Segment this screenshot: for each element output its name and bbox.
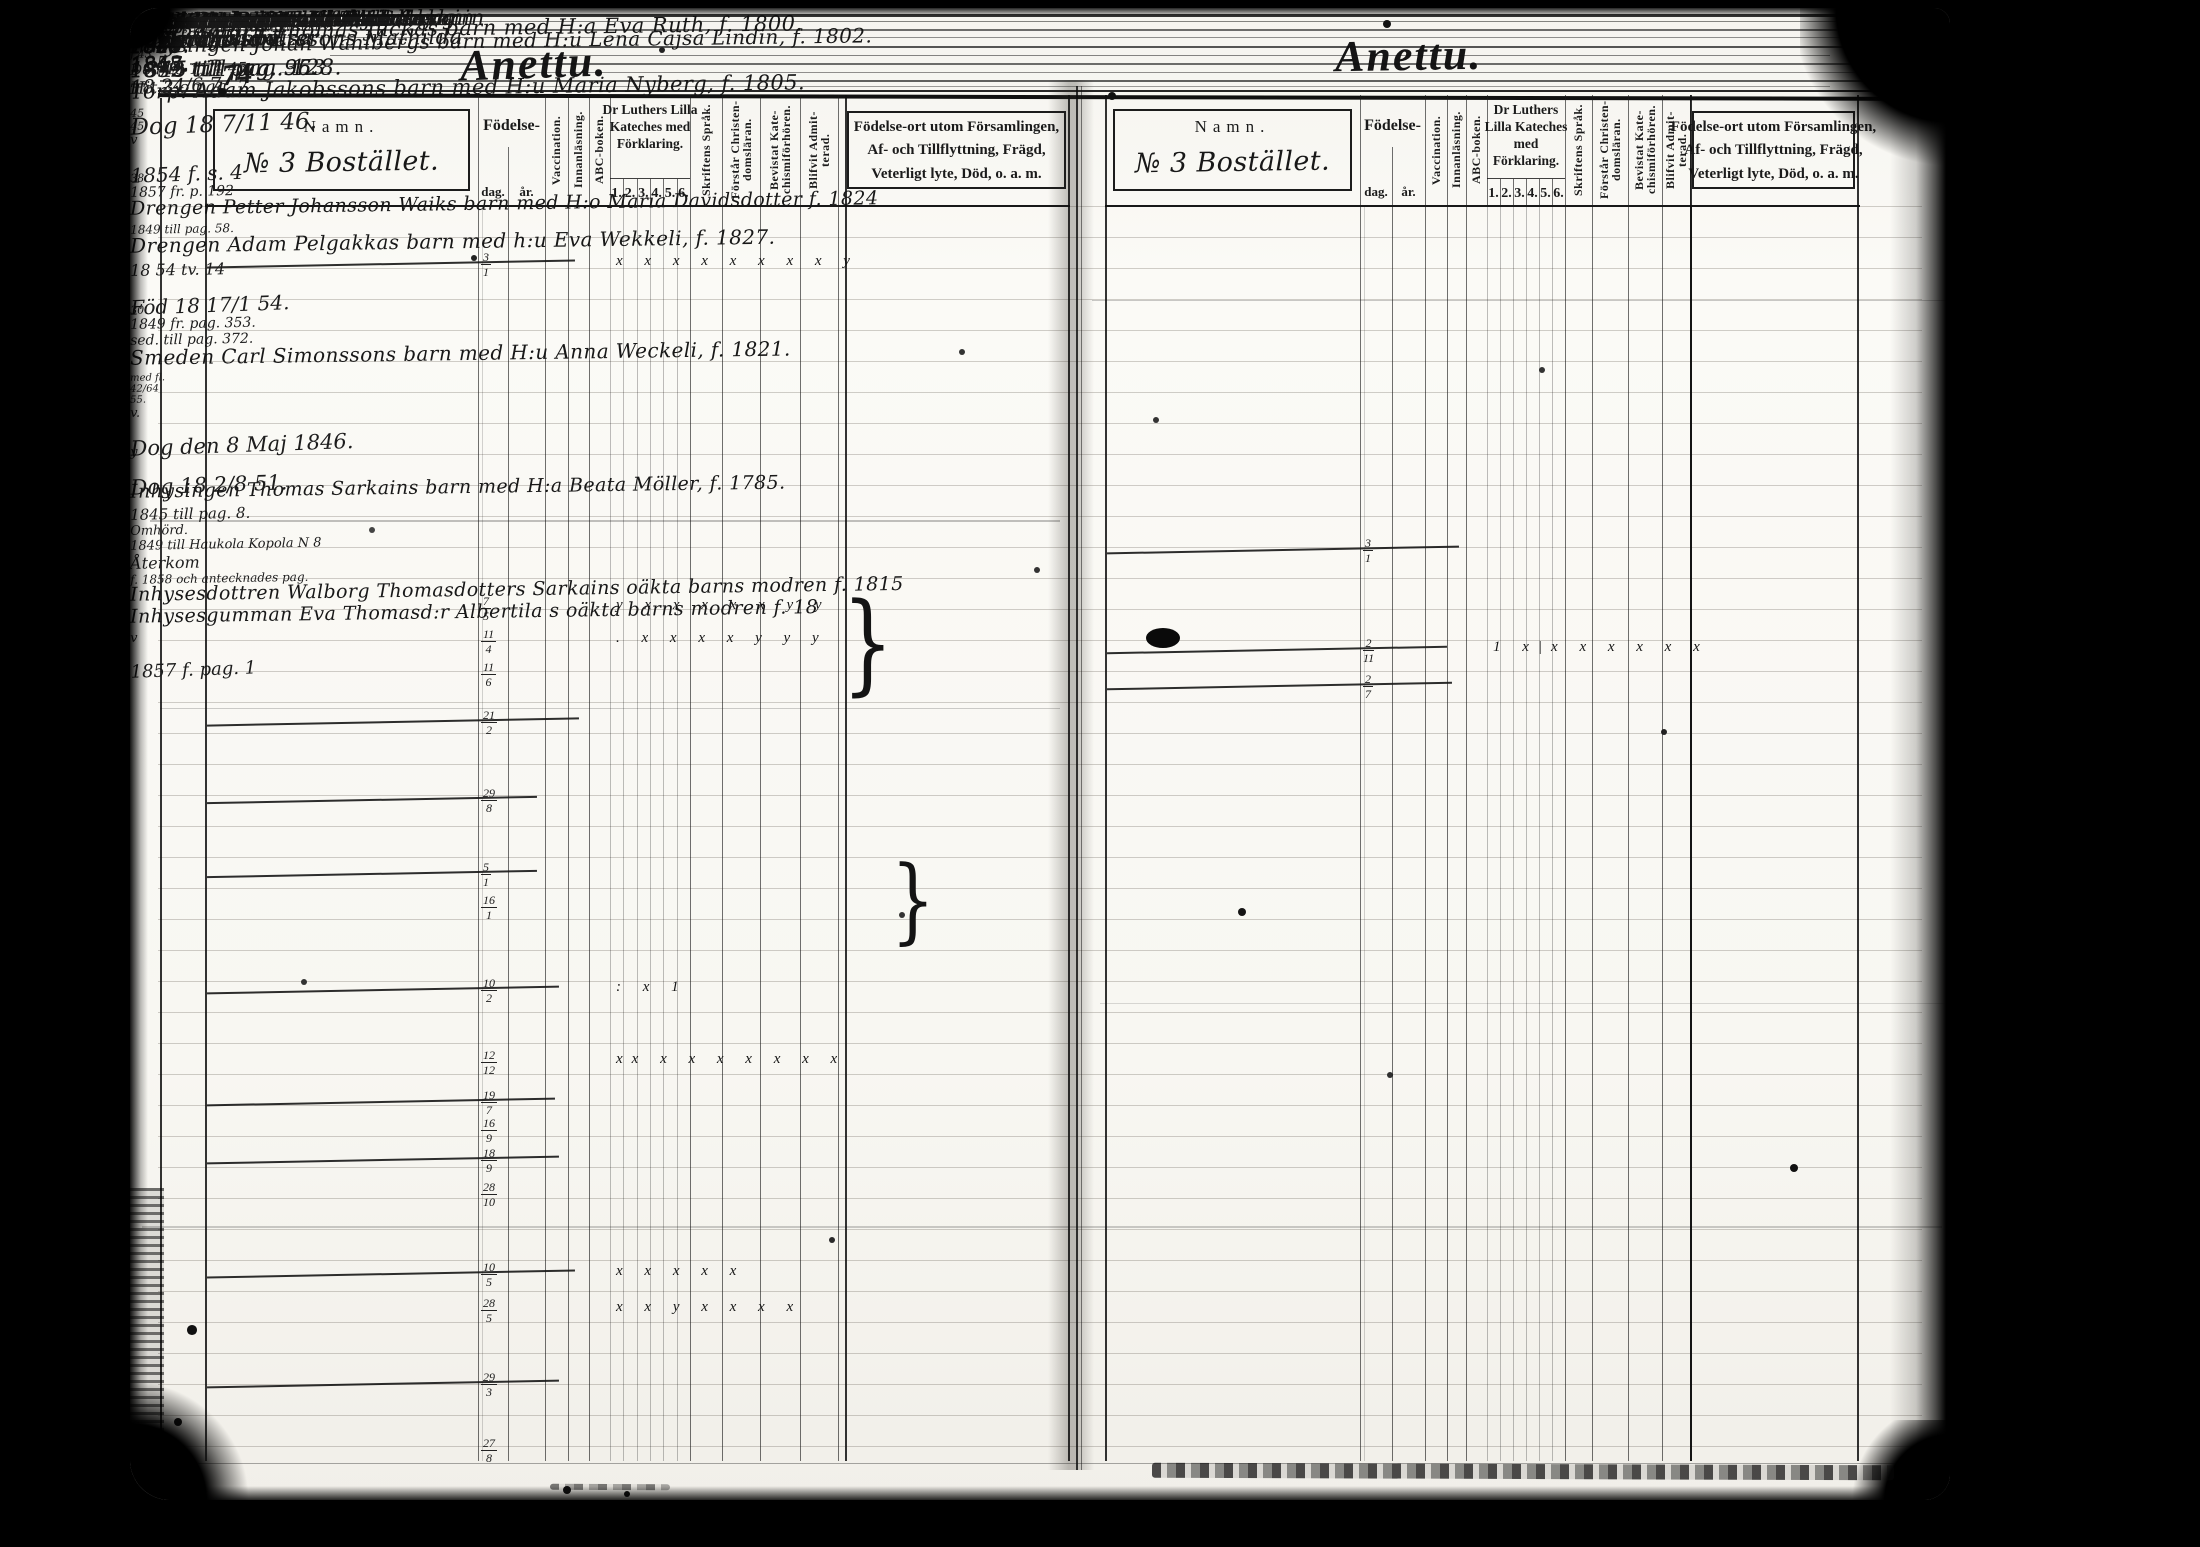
body-column-line-double <box>1364 205 1365 1461</box>
body-column-line <box>1466 205 1467 1461</box>
body-column-line <box>610 205 611 1461</box>
body-column-line <box>623 205 624 1461</box>
body-column-line <box>838 205 839 1461</box>
scan-streak-line <box>1092 300 1950 301</box>
bottom-smudge-small <box>550 1484 670 1490</box>
scan-streak-line <box>200 29 1930 31</box>
body-column-line <box>637 205 638 1461</box>
scan-streak-line <box>330 55 1830 56</box>
body-column-line <box>845 205 847 1461</box>
scan-streak-line <box>1100 1003 1950 1004</box>
scan-streak-line <box>280 72 1880 73</box>
ink-blot <box>1146 628 1180 648</box>
body-column-line <box>1447 205 1448 1461</box>
body-column-line <box>478 205 479 1461</box>
body-column-line <box>1500 205 1501 1461</box>
body-column-line <box>1857 205 1859 1461</box>
scan-streak-line <box>142 1226 1942 1228</box>
body-column-line <box>1513 205 1514 1461</box>
body-column-line <box>1592 205 1593 1461</box>
scan-streak-line <box>250 37 1900 38</box>
strike-through-line <box>1107 682 1452 691</box>
body-column-line <box>690 205 691 1461</box>
body-column-line <box>545 205 546 1461</box>
body-column-line <box>568 205 569 1461</box>
body-column-line <box>722 205 723 1461</box>
scan-streak-line <box>190 63 1950 65</box>
body-column-line-double <box>482 205 483 1461</box>
body-column-line <box>1392 205 1393 1461</box>
scan-sheet: Anettu. Anettu. 74 75 Namn.№ 3 Bostället… <box>130 8 1950 1500</box>
scanned-register-page: { "titles": { "left": "Anettu.", "right"… <box>0 0 2200 1547</box>
body-column-line <box>1526 205 1527 1461</box>
body-column-line <box>1068 205 1070 1461</box>
ink-specks <box>130 8 134 12</box>
body-column-line <box>1552 205 1553 1461</box>
scan-streak-line <box>150 46 1930 48</box>
body-column-line <box>1690 205 1692 1461</box>
body-column-line <box>663 205 664 1461</box>
body-column-line <box>1628 205 1629 1461</box>
body-column-line <box>589 205 590 1461</box>
scan-streak-line <box>160 80 1940 82</box>
body-column-line <box>1425 205 1426 1461</box>
body-column-line <box>650 205 651 1461</box>
scan-streak-line <box>138 14 1942 17</box>
scan-streak-line <box>150 520 1060 522</box>
scan-streak-line <box>430 86 1830 87</box>
body-column-line <box>1565 205 1566 1461</box>
strike-through-line <box>1107 546 1459 555</box>
entries-right-page: Dreng hos Torparen Johan WislanAlexander… <box>130 8 1950 1500</box>
body-column-line <box>205 205 207 1461</box>
body-column-line <box>508 205 509 1461</box>
body-column-line <box>1487 205 1488 1461</box>
body-column-line <box>677 205 678 1461</box>
body-column-line <box>1105 205 1107 1461</box>
body-column-line <box>760 205 761 1461</box>
bottom-smudge-bar <box>1152 1463 1894 1481</box>
body-column-line <box>1360 205 1361 1461</box>
body-column-line <box>1539 205 1540 1461</box>
body-column-line <box>1662 205 1663 1461</box>
birth-year: 1841. <box>130 30 456 59</box>
body-column-line <box>800 205 801 1461</box>
scan-streak-line <box>170 21 1870 22</box>
